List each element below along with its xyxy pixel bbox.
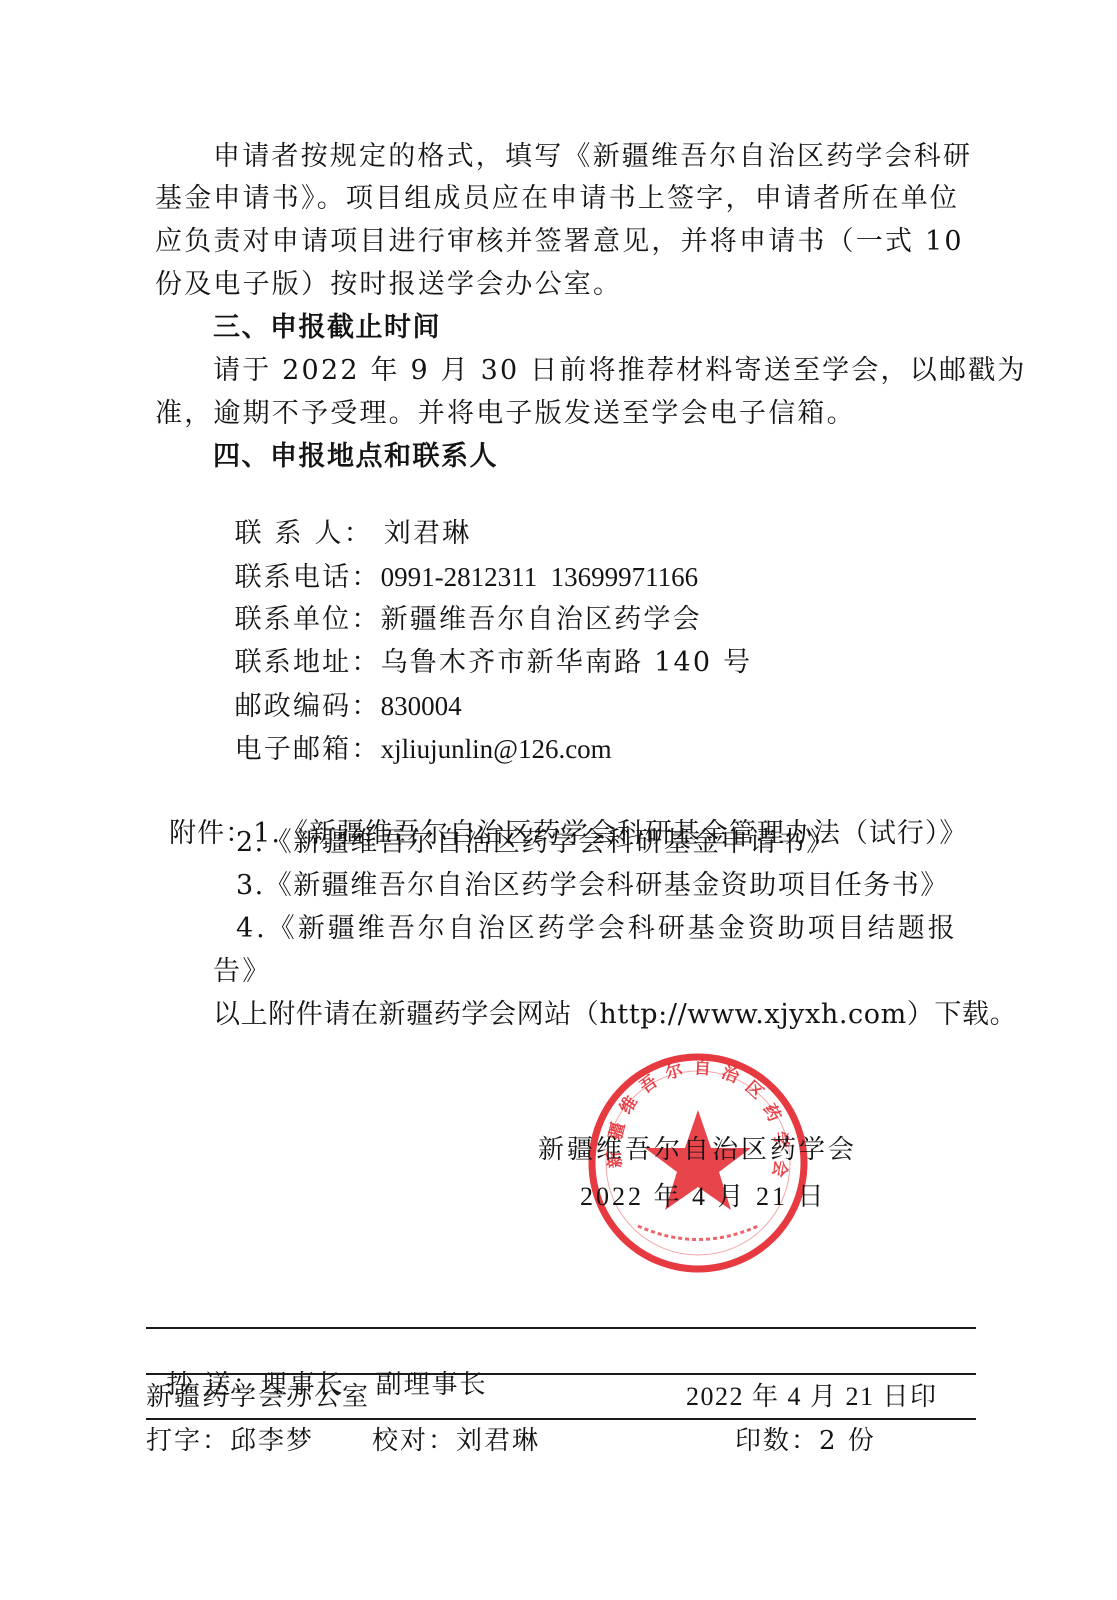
print-date: 2022 年 4 月 21 日印 — [686, 1380, 938, 1414]
attachment-item-2: 2.《新疆维吾尔自治区药学会科研基金申请书》 — [236, 826, 835, 860]
apply-para-line-1: 申请者按规定的格式，填写《新疆维吾尔自治区药学会科研 — [213, 140, 972, 174]
apply-para-line-4: 份及电子版）按时报送学会办公室。 — [155, 268, 622, 302]
footer-rule-mid — [146, 1373, 976, 1375]
signature-org: 新疆维吾尔自治区药学会 — [538, 1133, 857, 1167]
footer-rule-top — [146, 1327, 976, 1329]
download-note: 以上附件请在新疆药学会网站（http://www.xjyxh.com）下载。 — [213, 998, 1017, 1032]
contact-email-row: 电子邮箱：xjliujunlin@126.com — [213, 698, 612, 767]
signature-date: 2022 年 4 月 21 日 — [580, 1180, 827, 1214]
apply-para-line-2: 基金申请书》。项目组成员应在申请书上签字，申请者所在单位 — [155, 182, 959, 216]
typist: 打字：邱李梦 — [146, 1424, 314, 1458]
copies: 印数：2 份 — [735, 1424, 876, 1458]
deadline-para-line-2: 准，逾期不予受理。并将电子版发送至学会电子信箱。 — [155, 397, 856, 431]
section-3-heading: 三、申报截止时间 — [213, 311, 441, 345]
apply-para-line-3: 应负责对申请项目进行审核并签署意见，并将申请书（一式 10 — [155, 225, 964, 259]
proofreader: 校对：刘君琳 — [372, 1424, 540, 1458]
contact-email-value[interactable]: xjliujunlin@126.com — [381, 734, 612, 764]
attachment-item-4: 4.《新疆维吾尔自治区药学会科研基金资助项目结题报 — [236, 912, 958, 946]
deadline-para-line-1: 请于 2022 年 9 月 30 日前将推荐材料寄送至学会，以邮戳为 — [213, 354, 1027, 388]
issuing-office: 新疆药学会办公室 — [146, 1380, 370, 1414]
contact-email-label: 电子邮箱： — [235, 734, 381, 765]
attachment-item-3: 3.《新疆维吾尔自治区药学会科研基金资助项目任务书》 — [236, 869, 949, 903]
footer-rule-bottom — [146, 1418, 976, 1420]
section-4-heading: 四、申报地点和联系人 — [213, 440, 498, 474]
attachment-item-4-cont: 告》 — [213, 955, 271, 989]
